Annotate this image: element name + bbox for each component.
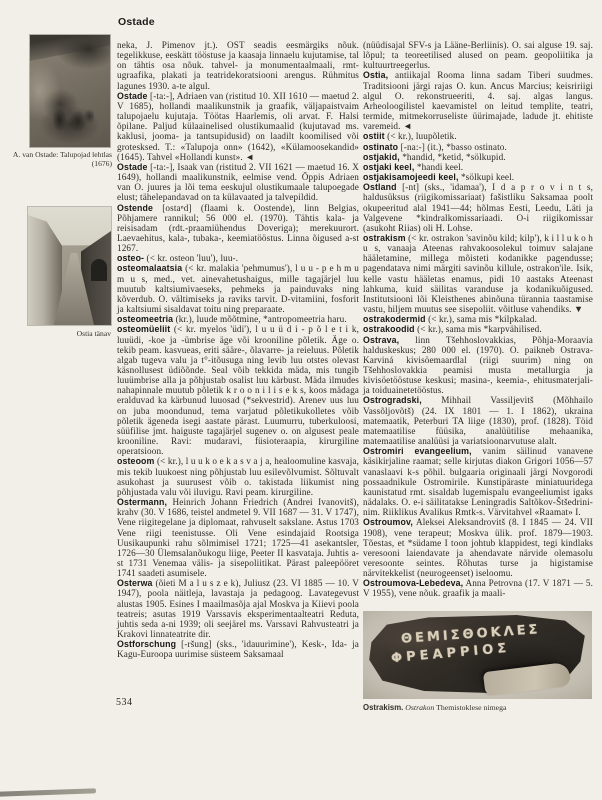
painting-figures-blob — [48, 101, 94, 135]
entry-headword: Ostade — [117, 91, 148, 101]
entry: Osterwa (õieti M a l u s z e k), Juliusz… — [117, 578, 359, 639]
entry: ostrakoodid (< kr.), sama mis *karpvähil… — [363, 324, 593, 334]
entry-headword: osteomalaatsia — [117, 263, 182, 273]
entry-headword: ostrakoodid — [363, 324, 415, 334]
entry-body: (< kr.), luupõletik. — [385, 131, 457, 141]
entry-body: (< kr. myelos 'üdi'), l u u ü d i - p õ … — [117, 324, 359, 456]
entry: osteomüeliit (< kr. myelos 'üdi'), l u u… — [117, 324, 359, 456]
entry: ostjakisamojeedi keel, *sölkupi keel. — [363, 172, 593, 182]
ostrakon-figure: ΘΕΜΙΣΘΟΚΛΕΣ ΦΡΕΑΡΡΙΟΣ — [363, 611, 592, 699]
entry-body: [-ta:-], Adriaen van (ristitud 10. XII 1… — [117, 91, 359, 162]
entry-body: [-na:-] (it.), *basso ostinato. — [398, 142, 507, 152]
text-column-right: (nüüdisajal SFV-s ja Lääne-Berliinis). O… — [363, 40, 593, 599]
entry: Ostland [-nt] (sks., 'idamaa'), I d a p … — [363, 182, 593, 233]
entry: osteomeetria (kr.), luude mõõtmine, *ant… — [117, 314, 359, 324]
entry-headword: Ostforschung — [117, 639, 176, 649]
entry-body: *handi keel. — [414, 162, 463, 172]
entry-headword: Ostermann, — [117, 497, 167, 507]
ostia-left-ruin — [28, 215, 62, 325]
entry-body: (nüüdisajal SFV-s ja Lääne-Berliinis). O… — [363, 40, 593, 70]
entry-headword: Ostende — [117, 203, 153, 213]
entry: ostiit (< kr.), luupõletik. — [363, 131, 593, 141]
entry: Ostade [-ta:-], Isaak van (ristitud 2. V… — [117, 162, 359, 203]
entry-headword: osteoom — [117, 456, 155, 466]
entry: osteo- (< kr. osteon 'luu'), luu-. — [117, 253, 359, 263]
entry: ostrakodermid (< kr.), sama mis *kilpkal… — [363, 314, 593, 324]
entry-headword: ostjaki keel, — [363, 162, 414, 172]
ostrakon-caption-italic: Ostrakon — [405, 703, 434, 712]
entry: (nüüdisajal SFV-s ja Lääne-Berliinis). O… — [363, 40, 593, 70]
entry: osteoom (< kr.), l u u k o e k a s v a j… — [117, 456, 359, 497]
entry: Ostermann, Heinrich Johann Friedrich (An… — [117, 497, 359, 578]
entry-headword: Ostroumova-Lebedeva, — [363, 578, 463, 588]
entry-body: (kr.), luude mõõtmine, *antropomeetria h… — [173, 314, 347, 324]
entry: Ostende [ostaⁿd] (flaami k. Oostende), l… — [117, 203, 359, 254]
entry: Ostroumova-Lebedeva, Anna Petrovna (17. … — [363, 578, 593, 598]
entry-body: [-ta:-], Isaak van (ristitud 2. VII 1621… — [117, 162, 359, 202]
entry-body: (< kr.), sama mis *karpvähilised. — [415, 324, 542, 334]
entry-body: (< kr. osteon 'luu'), luu-. — [144, 253, 238, 263]
entry-headword: ostinato — [363, 142, 398, 152]
entry: Ostrava, linn Tšehhoslovakkias, Põhja-Mo… — [363, 335, 593, 396]
entry: Ostromiri evangeelium, vanim säilinud va… — [363, 446, 593, 517]
entry-body: [-nt] (sks., 'idamaa'), I d a p r o v i … — [363, 182, 593, 233]
entry-headword: ostjakid, — [363, 152, 400, 162]
text-column-left: neka, J. Pimenov jt.). OST seadis eesmär… — [117, 40, 359, 660]
entry-headword: osteomeetria — [117, 314, 173, 324]
entry-headword: ostrakodermid — [363, 314, 426, 324]
entry-headword: osteo- — [117, 253, 144, 263]
entry-headword: ostjakisamojeedi keel, — [363, 172, 459, 182]
entry-headword: Ostade — [117, 162, 148, 172]
entry-body: (õieti M a l u s z e k), Juliusz (23. VI… — [117, 578, 359, 639]
entry-headword: osteomüeliit — [117, 324, 170, 334]
page-number: 534 — [116, 697, 133, 708]
entry-headword: Ostromiri evangeelium, — [363, 446, 472, 456]
entry-body: antiikajal Rooma linna sadam Tiberi suud… — [363, 70, 593, 131]
entry: Ostroumov, Aleksei Aleksandrovitš (8. I … — [363, 517, 593, 578]
entry-headword: Ostroumov, — [363, 517, 413, 527]
entry-body: (< kr.), sama mis *kilpkalad. — [426, 314, 537, 324]
entry: ostrakism (< kr. ostrakon 'savinõu kild;… — [363, 233, 593, 314]
ostia-caption: Ostia tänav — [28, 329, 111, 338]
entry: Ostia, antiikajal Rooma linna sadam Tibe… — [363, 70, 593, 131]
entry-body: *handid, *ketid, *sölkupid. — [400, 152, 506, 162]
entry-headword: Ostland — [363, 182, 397, 192]
running-head: Ostade — [118, 16, 155, 28]
ostia-arch — [91, 259, 107, 281]
ostade-painting-figure — [30, 35, 110, 147]
ostrakon-caption-rest: Themistoklese nimega — [436, 703, 506, 712]
entry-headword: Ostrava, — [363, 335, 399, 345]
entry: ostjakid, *handid, *ketid, *sölkupid. — [363, 152, 593, 162]
entry: ostinato [-na:-] (it.), *basso ostinato. — [363, 142, 593, 152]
scan-edge-artifact — [0, 788, 96, 796]
ostrakon-caption: Ostrakism. Ostrakon Themistoklese nimega — [363, 703, 593, 712]
entry-body: neka, J. Pimenov jt.). OST seadis eesmär… — [117, 40, 359, 91]
entry: osteomalaatsia (< kr. malakia 'pehmumus'… — [117, 263, 359, 314]
entry: Ostade [-ta:-], Adriaen van (ristitud 10… — [117, 91, 359, 162]
entry: ostjaki keel, *handi keel. — [363, 162, 593, 172]
entry-body: [ostaⁿd] (flaami k. Oostende), linn Belg… — [117, 203, 359, 254]
entry: Ostforschung [-ršung] (sks., 'idauurimin… — [117, 639, 359, 659]
ostade-painting-caption: A. van Ostade: Talupojad lehtlas (1676) — [6, 150, 112, 168]
entry-body: (< kr. ostrakon 'savinõu kild; kilp'), k… — [363, 233, 593, 314]
entry-body: *sölkupi keel. — [459, 172, 515, 182]
entry-headword: ostrakism — [363, 233, 406, 243]
entry: Ostrogradski, Mihhail Vassiljevitš (Mõhh… — [363, 395, 593, 446]
entry: neka, J. Pimenov jt.). OST seadis eesmär… — [117, 40, 359, 91]
entry-headword: ostiit — [363, 131, 385, 141]
ostrakon-caption-term: Ostrakism. — [363, 703, 403, 712]
painting-roof-shadow — [30, 35, 110, 61]
entry-headword: Ostrogradski, — [363, 395, 422, 405]
entry-body: vanim säilinud vanavene käsikirjaline ra… — [363, 446, 593, 517]
entry-headword: Osterwa — [117, 578, 153, 588]
ostia-street-figure — [28, 207, 111, 325]
entry-headword: Ostia, — [363, 70, 388, 80]
entry-body: Heinrich Johann Friedrich (Andrei Ivanov… — [117, 497, 359, 578]
